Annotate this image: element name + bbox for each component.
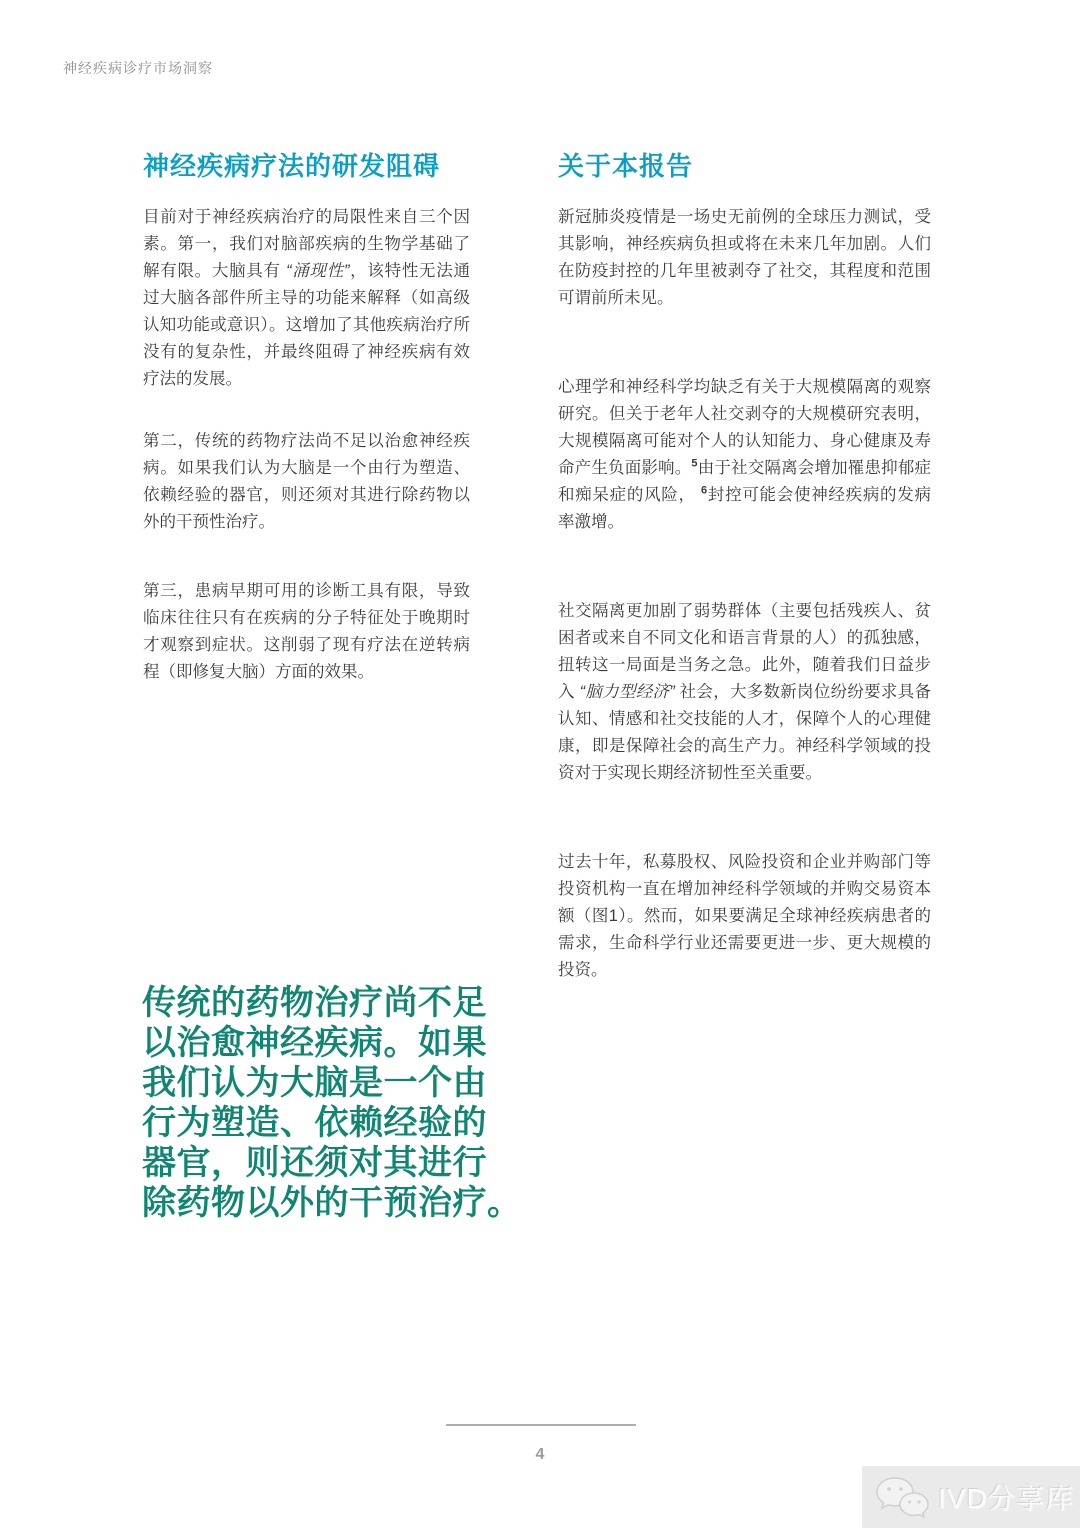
paragraph-limitations: 目前对于神经疾病治疗的局限性来自三个因素。第一，我们对脑部疾病的生物学基础了解有… xyxy=(143,204,470,393)
right-column: 关于本报告 新冠肺炎疫情是一场史无前例的全球压力测试，受其影响，神经疾病负担或将… xyxy=(558,146,931,1046)
paragraph-isolation-research: 心理学和神经科学均缺乏有关于大规模隔离的观察研究。但关于老年人社交剥夺的大规模研… xyxy=(558,374,931,536)
document-header: 神经疾病诊疗市场洞察 xyxy=(63,58,213,78)
wechat-icon xyxy=(874,1474,930,1520)
watermark-label: IVD分享库 xyxy=(938,1477,1075,1517)
paragraph-third-factor: 第三，患病早期可用的诊断工具有限，导致临床往往只有在疾病的分子特征处于晚期时才观… xyxy=(143,578,470,686)
italic-term-emergence: “涌现性” xyxy=(286,262,349,280)
paragraph-vulnerable-groups: 社交隔离更加剧了弱势群体（主要包括残疾人、贫困者或来自不同文化和语言背景的人）的… xyxy=(558,598,931,787)
left-column: 神经疾病疗法的研发阻碍 目前对于神经疾病治疗的局限性来自三个因素。第一，我们对脑… xyxy=(143,146,470,721)
paragraph-investment: 过去十年，私募股权、风险投资和企业并购部门等投资机构一直在增加神经科学领域的并购… xyxy=(558,849,931,984)
watermark: IVD分享库 xyxy=(862,1466,1080,1528)
report-page: 神经疾病诊疗市场洞察 神经疾病疗法的研发阻碍 目前对于神经疾病治疗的局限性来自三… xyxy=(0,0,1080,1528)
right-section-heading: 关于本报告 xyxy=(558,146,931,183)
paragraph-limitations-rest: ，该特性无法通过大脑各部件所主导的功能来解释（如高级认知功能或意识）。这增加了其… xyxy=(143,262,470,388)
paragraph-covid-stress-test: 新冠肺炎疫情是一场史无前例的全球压力测试，受其影响，神经疾病负担或将在未来几年加… xyxy=(558,204,931,312)
left-section-heading: 神经疾病疗法的研发阻碍 xyxy=(143,146,470,183)
footer-divider xyxy=(446,1424,636,1426)
paragraph-second-factor: 第二，传统的药物疗法尚不足以治愈神经疾病。如果我们认为大脑是一个由行为塑造、依赖… xyxy=(143,428,470,536)
italic-term-brain-economy: “脑力型经济” xyxy=(580,683,675,701)
pull-quote: 传统的药物治疗尚不足 以治愈神经疾病。如果 我们认为大脑是一个由 行为塑造、依赖… xyxy=(142,983,562,1223)
page-number: 4 xyxy=(0,1446,1080,1464)
